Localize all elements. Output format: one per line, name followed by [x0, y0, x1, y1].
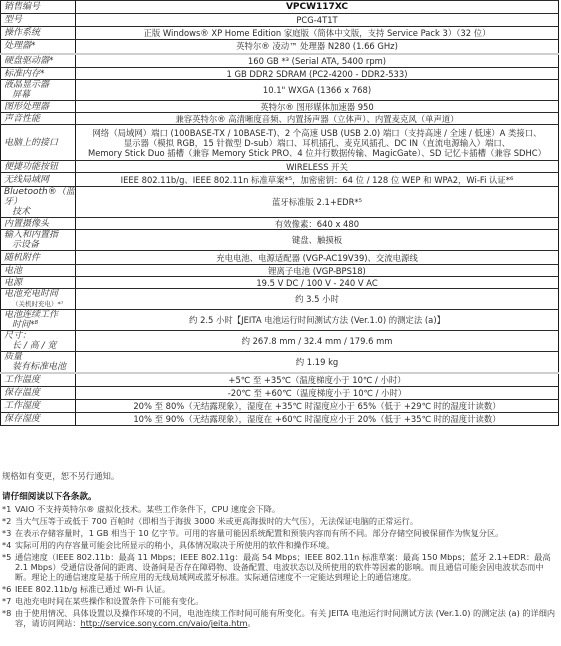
spec-label: 尺寸：长 / 高 / 宽 — [1, 331, 76, 352]
spec-value: 约 3.5 小时 — [76, 289, 559, 310]
footnote-mark: *3 — [2, 528, 15, 538]
spec-value-text: +5℃ 至 +35℃（温度梯度小于 10℃ / 小时） — [228, 375, 405, 385]
spec-label: 处理器* — [1, 40, 76, 54]
spec-value: 约 1.19 kg — [76, 352, 559, 374]
spec-value: 键盘、触摸板 — [76, 230, 559, 251]
spec-value-line: 网络（局域网）端口 (100BASE-TX / 10BASE-T)、2 个高速 … — [76, 128, 558, 138]
spec-value: -20℃ 至 +60℃（温度梯度小于 10℃ / 小时） — [76, 386, 559, 399]
footnote-text: VAIO 不支持英特尔® 虚拟化技术。某些工作条件下，CPU 速度会下降。 — [15, 504, 280, 514]
spec-label-text: 无线局域网 — [4, 175, 49, 185]
spec-value-text: 约 1.19 kg — [296, 357, 339, 367]
footnote-item: *5通信速度（IEEE 802.11b：最高 11 Mbps；IEEE 802.… — [2, 552, 558, 583]
spec-label-text: 输入和内置指 — [4, 230, 58, 240]
spec-label: 质量装有标准电池 — [1, 352, 76, 374]
spec-value: 正版 Windows® XP Home Edition 家庭版（简体中文版，支持… — [76, 27, 559, 40]
spec-label: 液晶显示器屏幕 — [1, 80, 76, 101]
footnote-mark: *1 — [2, 504, 15, 514]
spec-row: 硬盘驱动器*160 GB *³ (Serial ATA, 5400 rpm) — [1, 54, 559, 68]
spec-label-subtext: 技术 — [4, 207, 75, 217]
spec-value-line: Memory Stick Duo 插槽（兼容 Memory Stick PRO、… — [76, 148, 558, 158]
spec-label: 电池连续工作时间*⁸ — [1, 310, 76, 331]
spec-label: 工作湿度 — [1, 399, 76, 412]
spec-label: 电池 — [1, 265, 76, 277]
spec-value-text: VPCW117XC — [286, 2, 348, 12]
spec-label-subtext: （关机时充电）*⁷ — [4, 299, 75, 309]
spec-label-text: 电脑上的接口 — [4, 138, 58, 148]
spec-label: 标准内存* — [1, 68, 76, 80]
change-notice: 规格如有变更，恕不另行通知。 — [2, 470, 119, 482]
spec-value-text: WIRELESS 开关 — [286, 162, 348, 172]
footnotes-heading: 请仔细阅读以下各条款。 — [2, 492, 558, 502]
footnote-mark: *6 — [2, 584, 15, 594]
footnote-text: 当大气压等于或低于 700 百帕时（即相当于海拔 3000 米或更高海拔时的大气… — [15, 516, 418, 526]
spec-label: 硬盘驱动器* — [1, 54, 76, 68]
footnote-body: VAIO 不支持英特尔® 虚拟化技术。某些工作条件下，CPU 速度会下降。 — [15, 504, 558, 514]
spec-label-text: 型号 — [4, 15, 22, 25]
spec-label-text: 保存湿度 — [4, 414, 40, 424]
footnotes: 请仔细阅读以下各条款。 *1VAIO 不支持英特尔® 虚拟化技术。某些工作条件下… — [2, 492, 558, 630]
spec-value: 160 GB *³ (Serial ATA, 5400 rpm) — [76, 54, 559, 68]
spec-label-text: 声音性能 — [4, 114, 40, 124]
spec-label-text: 工作湿度 — [4, 401, 40, 411]
footnote-item: *7电池充电时间在某些操作和设置条件下可能有变化。 — [2, 596, 558, 606]
spec-value: 1 GB DDR2 SDRAM (PC2-4200 - DDR2-533) — [76, 68, 559, 80]
spec-label-text: 保存温度 — [4, 388, 40, 398]
spec-value: 锂离子电池 (VGP-BPS18) — [76, 265, 559, 277]
spec-label: 保存湿度 — [1, 412, 76, 425]
spec-row: 工作温度+5℃ 至 +35℃（温度梯度小于 10℃ / 小时） — [1, 373, 559, 386]
spec-row: 销售编号VPCW117XC — [1, 1, 559, 14]
spec-label-text: 电源 — [4, 278, 22, 288]
spec-label-text: 电池充电时间 — [4, 289, 58, 299]
spec-value-text: 160 GB *³ (Serial ATA, 5400 rpm) — [248, 56, 386, 66]
spec-row: 电池充电时间（关机时充电）*⁷约 3.5 小时 — [1, 289, 559, 310]
spec-label: 图形处理器 — [1, 101, 76, 113]
spec-value: 10.1" WXGA (1366 x 768) — [76, 80, 559, 101]
spec-label: 无线局域网 — [1, 173, 76, 187]
spec-row: 液晶显示器屏幕10.1" WXGA (1366 x 768) — [1, 80, 559, 101]
spec-row: 标准内存*1 GB DDR2 SDRAM (PC2-4200 - DDR2-53… — [1, 68, 559, 80]
spec-value-text: 英特尔® 凌动™ 处理器 N280 (1.66 GHz) — [236, 41, 398, 51]
spec-label-text: 图形处理器 — [4, 102, 49, 112]
spec-row: 保存湿度10% 至 90%（无结露现象），湿度在 +60℃ 时湿度应小于 20%… — [1, 412, 559, 425]
spec-value: 蓝牙标准版 2.1+EDR*⁵ — [76, 187, 559, 218]
spec-label: 随机附件 — [1, 251, 76, 265]
spec-label-text: Bluetooth®（蓝牙） — [4, 187, 75, 207]
spec-value-text: IEEE 802.11b/g、IEEE 802.11n 标准草案*⁵，加密密钥：… — [121, 175, 514, 185]
spec-value-text: 20% 至 80%（无结露现象），湿度在 +35℃ 时湿度应小于 65%（低于 … — [133, 401, 500, 411]
spec-row: 质量装有标准电池约 1.19 kg — [1, 352, 559, 374]
spec-label: 声音性能 — [1, 113, 76, 125]
footnote-mark: *4 — [2, 540, 15, 550]
spec-row: 图形处理器英特尔® 图形媒体加速器 950 — [1, 101, 559, 113]
spec-label-text: 液晶显示器 — [4, 80, 49, 90]
spec-row: 无线局域网IEEE 802.11b/g、IEEE 802.11n 标准草案*⁵，… — [1, 173, 559, 187]
spec-value-text: 10.1" WXGA (1366 x 768) — [263, 85, 371, 95]
spec-row: 保存温度-20℃ 至 +60℃（温度梯度小于 10℃ / 小时） — [1, 386, 559, 399]
spec-value-text: 约 3.5 小时 — [295, 294, 339, 304]
spec-value: 英特尔® 图形媒体加速器 950 — [76, 101, 559, 113]
footnote-text: IEEE 802.11b/g 标准已通过 Wi-Fi 认证。 — [15, 584, 170, 594]
footnote-text: 实际可用的内存容量可能会比所显示的稍小，具体情况取决于所使用的软件和操作环境。 — [15, 540, 334, 550]
spec-value: 约 267.8 mm / 32.4 mm / 179.6 mm — [76, 331, 559, 352]
spec-label: 销售编号 — [1, 1, 76, 14]
spec-label-text: 内置摄像头 — [4, 219, 49, 229]
footnote-body: 由于使用情况、具体设置以及操作环境的不同，电池连续工作时间可能有所变化。有关 J… — [15, 608, 558, 629]
footnote-body: IEEE 802.11b/g 标准已通过 Wi-Fi 认证。 — [15, 584, 558, 594]
footnote-item: *6IEEE 802.11b/g 标准已通过 Wi-Fi 认证。 — [2, 584, 558, 594]
footnote-item: *1VAIO 不支持英特尔® 虚拟化技术。某些工作条件下，CPU 速度会下降。 — [2, 504, 558, 514]
spec-label-text: 电池连续工作 — [4, 310, 58, 320]
spec-label: 操作系统 — [1, 27, 76, 40]
spec-value: 网络（局域网）端口 (100BASE-TX / 10BASE-T)、2 个高速 … — [76, 125, 559, 161]
spec-label: 便捷功能按钮 — [1, 161, 76, 173]
spec-table: 销售编号VPCW117XC型号PCG-4T1T操作系统正版 Windows® X… — [0, 0, 559, 426]
footnote-body: 当大气压等于或低于 700 百帕时（即相当于海拔 3000 米或更高海拔时的大气… — [15, 516, 558, 526]
spec-value-text: PCG-4T1T — [296, 15, 337, 25]
spec-value-text: 正版 Windows® XP Home Edition 家庭版（简体中文版，支持… — [144, 28, 491, 38]
spec-value: 充电电池、电源适配器 (VGP-AC19V39)、交流电源线 — [76, 251, 559, 265]
footnote-body: 在表示存储容量时，1 GB 相当于 10 亿字节。可用的容量可能因系统配置和预装… — [15, 528, 558, 538]
spec-label-subtext: 时间*⁸ — [4, 320, 75, 330]
spec-row: 电池连续工作时间*⁸约 2.5 小时【JEITA 电池运行时间测试方法 (Ver… — [1, 310, 559, 331]
spec-label: 型号 — [1, 14, 76, 27]
spec-value-text: 英特尔® 图形媒体加速器 950 — [260, 102, 373, 112]
footnote-item: *3在表示存储容量时，1 GB 相当于 10 亿字节。可用的容量可能因系统配置和… — [2, 528, 558, 538]
footnote-item: *4实际可用的内存容量可能会比所显示的稍小，具体情况取决于所使用的软件和操作环境… — [2, 540, 558, 550]
spec-value: 19.5 V DC / 100 V - 240 V AC — [76, 277, 559, 289]
spec-label-subtext: 示设备 — [4, 240, 75, 250]
spec-value: 约 2.5 小时【JEITA 电池运行时间测试方法 (Ver.1.0) 的测定法… — [76, 310, 559, 331]
footnote-body: 通信速度（IEEE 802.11b：最高 11 Mbps；IEEE 802.11… — [15, 552, 558, 583]
spec-value-text: 兼容英特尔® 高清晰度音频、内置扬声器（立体声）、内置麦克风（单声道） — [175, 114, 458, 124]
spec-value: PCG-4T1T — [76, 14, 559, 27]
spec-value-text: 锂离子电池 (VGP-BPS18) — [268, 266, 366, 276]
spec-row: 电池锂离子电池 (VGP-BPS18) — [1, 265, 559, 277]
spec-label-text: 处理器* — [4, 41, 36, 51]
spec-label: Bluetooth®（蓝牙）技术 — [1, 187, 76, 218]
footnote-text: 通信速度（IEEE 802.11b：最高 11 Mbps；IEEE 802.11… — [15, 552, 551, 583]
spec-value-text: 键盘、触摸板 — [292, 235, 342, 245]
spec-label-text: 标准内存* — [4, 69, 45, 79]
spec-value: 10% 至 90%（无结露现象），湿度在 +60℃ 时湿度应小于 20%（低于 … — [76, 412, 559, 425]
footnote-item: *2当大气压等于或低于 700 百帕时（即相当于海拔 3000 米或更高海拔时的… — [2, 516, 558, 526]
footnote-item: *8由于使用情况、具体设置以及操作环境的不同，电池连续工作时间可能有所变化。有关… — [2, 608, 558, 629]
spec-value-text: 约 2.5 小时【JEITA 电池运行时间测试方法 (Ver.1.0) 的测定法… — [189, 315, 445, 325]
footnote-mark: *5 — [2, 552, 15, 583]
spec-label: 保存温度 — [1, 386, 76, 399]
spec-value: 兼容英特尔® 高清晰度音频、内置扬声器（立体声）、内置麦克风（单声道） — [76, 113, 559, 125]
spec-row: 电脑上的接口网络（局域网）端口 (100BASE-TX / 10BASE-T)、… — [1, 125, 559, 161]
spec-value: IEEE 802.11b/g、IEEE 802.11n 标准草案*⁵，加密密钥：… — [76, 173, 559, 187]
spec-row: 内置摄像头有效像素：640 x 480 — [1, 218, 559, 230]
spec-value-text: 蓝牙标准版 2.1+EDR*⁵ — [272, 197, 362, 207]
spec-label-subtext: 装有标准电池 — [4, 362, 75, 372]
spec-value-text: 约 267.8 mm / 32.4 mm / 179.6 mm — [242, 336, 393, 346]
footnote-mark: *2 — [2, 516, 15, 526]
spec-label-text: 电池 — [4, 266, 22, 276]
spec-label-text: 便捷功能按钮 — [4, 162, 58, 172]
spec-label-text: 操作系统 — [4, 28, 40, 38]
spec-value-text: 10% 至 90%（无结露现象），湿度在 +60℃ 时湿度应小于 20%（低于 … — [133, 414, 500, 424]
spec-label-text: 硬盘驱动器* — [4, 56, 54, 66]
spec-label-subtext: 屏幕 — [4, 90, 75, 100]
spec-label: 电源 — [1, 277, 76, 289]
spec-row: 电源19.5 V DC / 100 V - 240 V AC — [1, 277, 559, 289]
footnote-text: 电池充电时间在某些操作和设置条件下可能有变化。 — [15, 596, 203, 606]
spec-label-text: 工作温度 — [4, 375, 40, 385]
spec-row: 处理器*英特尔® 凌动™ 处理器 N280 (1.66 GHz) — [1, 40, 559, 54]
footnote-mark: *8 — [2, 608, 15, 629]
spec-label-text: 质量 — [4, 352, 22, 362]
footnote-text: 在表示存储容量时，1 GB 相当于 10 亿字节。可用的容量可能因系统配置和预装… — [15, 528, 503, 538]
spec-row: 型号PCG-4T1T — [1, 14, 559, 27]
spec-value: 英特尔® 凌动™ 处理器 N280 (1.66 GHz) — [76, 40, 559, 54]
spec-value: VPCW117XC — [76, 1, 559, 14]
spec-row: 操作系统正版 Windows® XP Home Edition 家庭版（简体中文… — [1, 27, 559, 40]
footnote-mark: *7 — [2, 596, 15, 606]
spec-value-text: 19.5 V DC / 100 V - 240 V AC — [256, 278, 377, 288]
spec-label-subtext: 长 / 高 / 宽 — [4, 341, 75, 351]
jeita-info-link[interactable]: http://service.sony.com.cn/vaio/jeita.ht… — [81, 618, 248, 628]
spec-value: 20% 至 80%（无结露现象），湿度在 +35℃ 时湿度应小于 65%（低于 … — [76, 399, 559, 412]
spec-value: WIRELESS 开关 — [76, 161, 559, 173]
spec-row: 声音性能兼容英特尔® 高清晰度音频、内置扬声器（立体声）、内置麦克风（单声道） — [1, 113, 559, 125]
spec-value: 有效像素：640 x 480 — [76, 218, 559, 230]
spec-row: 便捷功能按钮WIRELESS 开关 — [1, 161, 559, 173]
spec-row: 随机附件充电电池、电源适配器 (VGP-AC19V39)、交流电源线 — [1, 251, 559, 265]
spec-value-text: 有效像素：640 x 480 — [275, 219, 359, 229]
spec-row: Bluetooth®（蓝牙）技术蓝牙标准版 2.1+EDR*⁵ — [1, 187, 559, 218]
spec-label-text: 随机附件 — [4, 253, 40, 263]
spec-row: 输入和内置指示设备键盘、触摸板 — [1, 230, 559, 251]
footnote-body: 实际可用的内存容量可能会比所显示的稍小，具体情况取决于所使用的软件和操作环境。 — [15, 540, 558, 550]
footnote-tail: 。 — [248, 618, 256, 628]
spec-row: 工作湿度20% 至 80%（无结露现象），湿度在 +35℃ 时湿度应小于 65%… — [1, 399, 559, 412]
spec-label: 内置摄像头 — [1, 218, 76, 230]
spec-value-text: 充电电池、电源适配器 (VGP-AC19V39)、交流电源线 — [216, 253, 418, 263]
spec-value: +5℃ 至 +35℃（温度梯度小于 10℃ / 小时） — [76, 373, 559, 386]
spec-label: 工作温度 — [1, 373, 76, 386]
spec-label: 输入和内置指示设备 — [1, 230, 76, 251]
spec-value-text: -20℃ 至 +60℃（温度梯度小于 10℃ / 小时） — [228, 388, 406, 398]
footnote-body: 电池充电时间在某些操作和设置条件下可能有变化。 — [15, 596, 558, 606]
spec-value-line: 显示器（模拟 RGB，15 针微型 D-sub）端口、耳机插孔、麦克风插孔、DC… — [76, 138, 558, 148]
spec-row: 尺寸：长 / 高 / 宽约 267.8 mm / 32.4 mm / 179.6… — [1, 331, 559, 352]
spec-value-text: 1 GB DDR2 SDRAM (PC2-4200 - DDR2-533) — [227, 69, 408, 79]
spec-label: 电池充电时间（关机时充电）*⁷ — [1, 289, 76, 310]
spec-label-text: 尺寸： — [4, 331, 31, 341]
spec-label-text: 销售编号 — [4, 2, 40, 12]
spec-label: 电脑上的接口 — [1, 125, 76, 161]
